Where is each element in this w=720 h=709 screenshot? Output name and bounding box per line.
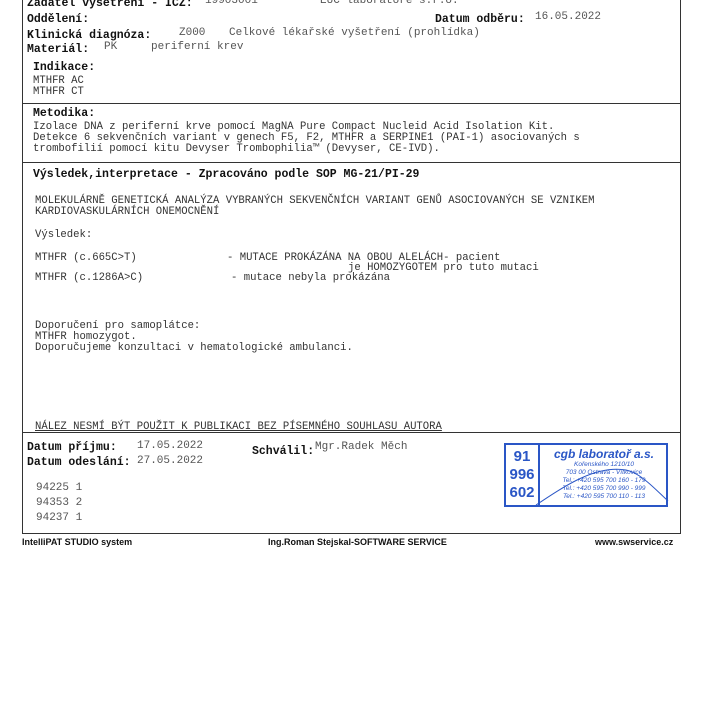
- divider: [22, 162, 681, 163]
- variant-gene: MTHFR (c.665C>T): [35, 253, 137, 264]
- diagnosis-label: Klinická diagnóza:: [27, 29, 151, 42]
- material-text: periferní krev: [151, 41, 243, 53]
- material-label: Materiál:: [27, 43, 89, 56]
- sent-label: Datum odeslání:: [27, 456, 131, 469]
- indication-label: Indikace:: [33, 61, 95, 74]
- variant-gene: MTHFR (c.1286A>C): [35, 273, 143, 284]
- signature-icon: [506, 445, 670, 509]
- requester-label: Žadatel vyšetření - IČZ:: [27, 0, 193, 10]
- recommendation-line-3: Doporučujeme konzultaci v hematologické …: [35, 343, 353, 354]
- requester-icz: 19903001: [205, 0, 258, 7]
- received-date: 17.05.2022: [137, 440, 203, 452]
- lab-stamp: 91 996 602 cgb laboratoř a.s. Kořenského…: [504, 443, 668, 507]
- collection-date: 16.05.2022: [535, 11, 601, 23]
- footer-vendor: Ing.Roman Stejskal-SOFTWARE SERVICE: [268, 537, 447, 547]
- diagnosis-code: Z000: [179, 27, 205, 39]
- approved-label: Schválil:: [252, 445, 314, 458]
- result-title: Výsledek,interpretace - Zpracováno podle…: [33, 168, 419, 181]
- collection-date-label: Datum odběru:: [435, 13, 525, 26]
- variant-finding: - mutace nebyla prokázána: [231, 273, 390, 284]
- requester-name: EUC laboratoře s.r.o.: [320, 0, 459, 7]
- indication-2: MTHFR CT: [33, 87, 84, 98]
- approved-by: Mgr.Radek Měch: [315, 441, 407, 453]
- sent-date: 27.05.2022: [137, 455, 203, 467]
- footer-system: IntelliPAT STUDIO system: [22, 537, 132, 547]
- code-line: 94353 2: [36, 497, 82, 509]
- divider: [22, 533, 681, 534]
- footer-website[interactable]: www.swservice.cz: [595, 537, 673, 547]
- analysis-line-2: KARDIOVASKULÁRNÍCH ONEMOCNĚNÍ: [35, 207, 219, 218]
- code-line: 94225 1: [36, 482, 82, 494]
- method-label: Metodika:: [33, 107, 95, 120]
- diagnosis-text: Celkové lékařské vyšetření (prohlídka): [229, 27, 480, 39]
- result-label: Výsledek:: [35, 230, 92, 241]
- divider: [22, 103, 681, 104]
- department-label: Oddělení:: [27, 13, 89, 26]
- received-label: Datum příjmu:: [27, 441, 117, 454]
- code-line: 94237 1: [36, 512, 82, 524]
- method-line-3: trombofilií pomocí kitu Devyser Tromboph…: [33, 144, 440, 155]
- material-code: PK: [104, 41, 117, 53]
- disclaimer: NÁLEZ NESMÍ BÝT POUŽIT K PUBLIKACI BEZ P…: [35, 422, 442, 433]
